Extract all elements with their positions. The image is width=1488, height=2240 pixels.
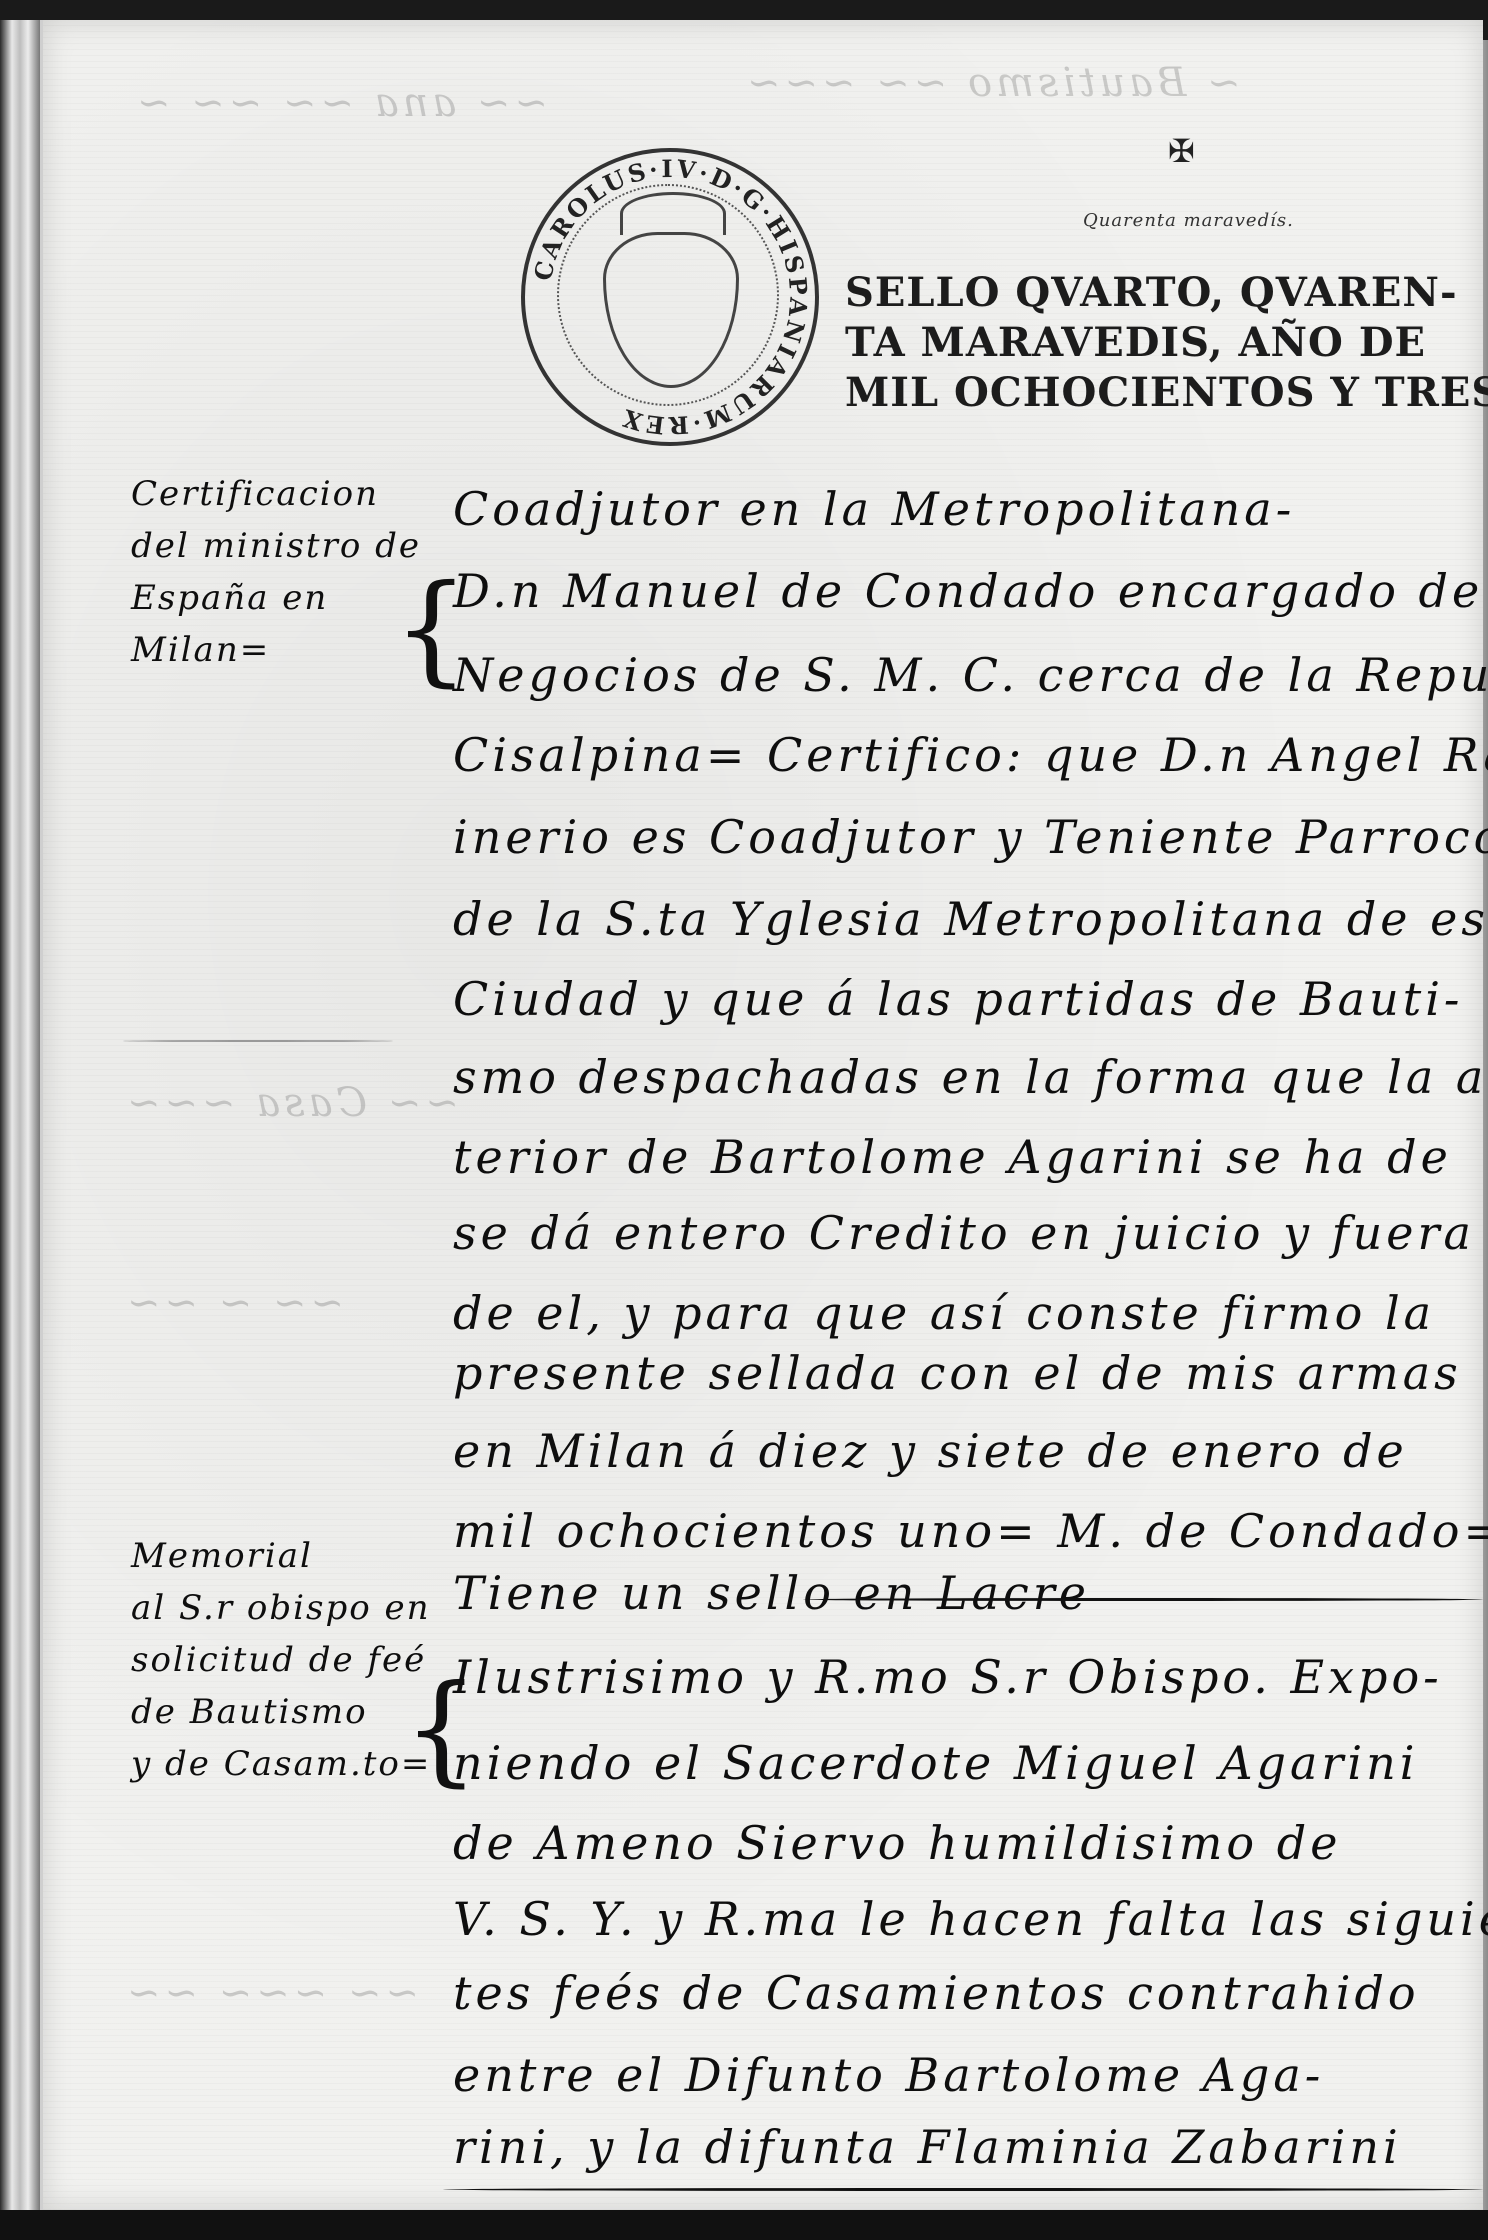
- bleed-through-text: ~ Bautismo ~~ ~~~: [743, 60, 1241, 106]
- body-line: V. S. Y. y R.ma le hacen falta las sigui…: [453, 1892, 1488, 1946]
- body-line: de el, y para que así conste firmo la: [453, 1286, 1435, 1340]
- margin-note-line: solicitud de feé: [131, 1634, 431, 1686]
- bleed-through-text: ~~ Casa ~~~: [123, 1080, 459, 1126]
- denomination-small-print: Quarenta maravedís.: [1083, 210, 1294, 231]
- sealed-paper-line: SELLO QVARTO, QVAREN-: [845, 268, 1488, 318]
- bleed-through-text: ~~ ~ ~~: [123, 1280, 344, 1326]
- sealed-paper-heading: SELLO QVARTO, QVAREN- TA MARAVEDIS, AÑO …: [845, 268, 1488, 418]
- margin-note-line: España en: [131, 572, 421, 624]
- body-line: Negocios de S. M. C. cerca de la Republi…: [453, 648, 1488, 702]
- line-end-flourish: [803, 1598, 1483, 1601]
- body-line: Coadjutor en la Metropolitana-: [453, 482, 1295, 536]
- margin-divider: [123, 1040, 393, 1042]
- manuscript-page: ~~ ana ~~ ~~ ~ ~ Bautismo ~~ ~~~ ~~ Casa…: [40, 20, 1483, 2210]
- body-line: terior de Bartolome Agarini se ha de: [453, 1130, 1452, 1184]
- body-line: Tiene un sello en Lacre: [453, 1566, 1090, 1620]
- margin-note-line: Memorial: [131, 1530, 431, 1582]
- body-line: tes feés de Casamientos contrahido: [453, 1966, 1420, 2020]
- margin-note-line: y de Casam.to=: [131, 1738, 431, 1790]
- margin-note-certification: Certificacion del ministro de España en …: [131, 468, 421, 676]
- body-line: Ciudad y que á las partidas de Bauti-: [453, 972, 1463, 1026]
- body-line: smo despachadas en la forma que la an-: [453, 1050, 1488, 1104]
- body-line: Ilustrisimo y R.mo S.r Obispo. Expo-: [453, 1650, 1443, 1704]
- body-line: mil ochocientos uno= M. de Condado=: [453, 1504, 1488, 1558]
- sealed-paper-line: TA MARAVEDIS, AÑO DE: [845, 318, 1488, 368]
- body-line: rini, y la difunta Flaminia Zabarini: [453, 2120, 1402, 2174]
- margin-note-line: Certificacion: [131, 468, 421, 520]
- body-line: inerio es Coadjutor y Teniente Parroco: [453, 810, 1488, 864]
- bleed-through-text: ~~ ~~~ ~~: [123, 1970, 419, 2016]
- sealed-paper-line: MIL OCHOCIENTOS Y TRES.: [845, 368, 1488, 418]
- body-line: presente sellada con el de mis armas: [453, 1346, 1462, 1400]
- margin-note-line: Milan=: [131, 624, 421, 676]
- crown-icon: [620, 192, 726, 235]
- body-line: D.n Manuel de Condado encargado de: [453, 564, 1483, 618]
- book-binding-edge: [0, 20, 40, 2220]
- body-line: Cisalpina= Certifico: que D.n Angel Ra-: [453, 728, 1488, 782]
- bleed-through-text: ~~ ana ~~ ~~ ~: [133, 80, 548, 126]
- page-bottom-shadow: [0, 2210, 1488, 2240]
- cross-icon: ✠: [1168, 132, 1195, 170]
- body-line: se dá entero Credito en juicio y fuera: [453, 1206, 1475, 1260]
- margin-note-memorial: Memorial al S.r obispo en solicitud de f…: [131, 1530, 431, 1790]
- margin-note-line: al S.r obispo en: [131, 1582, 431, 1634]
- closing-rule: [443, 2188, 1483, 2191]
- body-line: niendo el Sacerdote Miguel Agarini: [453, 1736, 1418, 1790]
- margin-note-line: de Bautismo: [131, 1686, 431, 1738]
- body-line: en Milan á diez y siete de enero de: [453, 1424, 1408, 1478]
- body-line: de Ameno Siervo humildisimo de: [453, 1816, 1341, 1870]
- body-line: entre el Difunto Bartolome Aga-: [453, 2048, 1324, 2102]
- margin-note-line: del ministro de: [131, 520, 421, 572]
- body-line: de la S.ta Yglesia Metropolitana de esta: [453, 892, 1488, 946]
- royal-seal-stamp: CAROLUS·IV·D·G·HISPANIARUM·REX: [521, 148, 819, 446]
